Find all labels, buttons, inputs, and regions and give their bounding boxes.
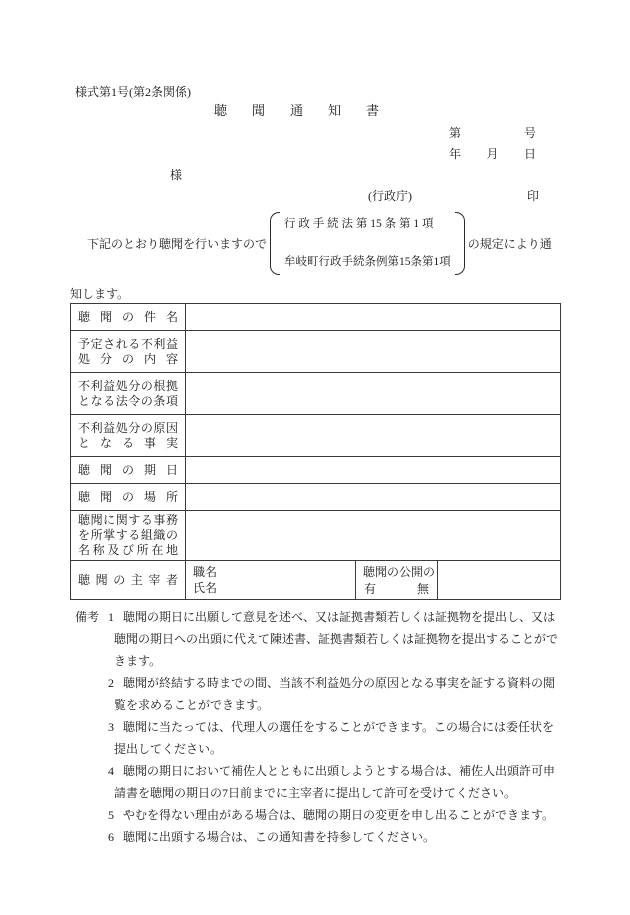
note-number: 3 bbox=[108, 720, 123, 734]
note-number: 2 bbox=[108, 676, 123, 690]
left-bracket-icon bbox=[270, 212, 280, 275]
table-row: 聴 聞 の 期 日 bbox=[71, 457, 561, 484]
hearing-publicity-cell: 聴聞の公開の 有 無 bbox=[356, 561, 438, 600]
row-label-legal-basis: 不利益処分の根拠 となる法令の条項 bbox=[71, 373, 186, 415]
publicity-option-yes: 有 bbox=[364, 580, 376, 597]
publicity-option-no: 無 bbox=[417, 580, 429, 597]
note-item-4: 4聴聞の期日において補佐人とともに出頭しようとする場合は、補佐人出頭許可申請書を… bbox=[108, 760, 562, 804]
date-month-label: 月 bbox=[486, 145, 498, 162]
row-label-cause-facts: 不利益処分の原因 と な る 事 実 bbox=[71, 415, 186, 457]
hearing-details-table: 聴 聞 の 件 名 予定される不利益 処 分 の 内 容 不利益処分の根拠 とな… bbox=[70, 303, 561, 600]
row-value-hearing-place bbox=[186, 484, 561, 511]
note-item-6: 6聴聞に出頭する場合は、この通知書を持参してください。 bbox=[108, 826, 562, 848]
form-number: 様式第1号(第2条関係) bbox=[75, 83, 191, 100]
table-row: 聴 聞 の 主 宰 者 職名 氏名 聴聞の公開の 有 無 bbox=[71, 561, 561, 600]
row-label-case-name: 聴 聞 の 件 名 bbox=[71, 304, 186, 331]
row-value-office-in-charge bbox=[186, 511, 561, 561]
note-item-5: 5やむを得ない理由がある場合は、聴聞の期日の変更を申し出ることができます。 bbox=[108, 804, 562, 826]
note-number: 4 bbox=[108, 764, 123, 778]
intro-text-before: 下記のとおり聴聞を行いますので bbox=[70, 235, 267, 252]
publicity-label: 聴聞の公開の bbox=[363, 563, 430, 580]
note-text: やむを得ない理由がある場合は、聴聞の期日の変更を申し出ることができます。 bbox=[123, 808, 554, 822]
doc-number-suffix: 号 bbox=[524, 124, 536, 141]
law-reference-lines: 行 政 手 続 法 第 15 条 第 1 項 牟岐町行政手続条例第15条第1項 bbox=[280, 212, 455, 275]
notes-label: 備考 bbox=[75, 606, 101, 848]
law-line-1: 行 政 手 続 法 第 15 条 第 1 項 bbox=[284, 218, 434, 230]
seal-mark: 印 bbox=[527, 187, 539, 204]
table-row: 聴 聞 の 場 所 bbox=[71, 484, 561, 511]
row-value-planned-disposition bbox=[186, 331, 561, 373]
note-text: 聴聞の期日において補佐人とともに出頭しようとする場合は、補佐人出頭許可申請書を聴… bbox=[114, 764, 555, 800]
row-value-cause-facts bbox=[186, 415, 561, 457]
row-label-hearing-place: 聴 聞 の 場 所 bbox=[71, 484, 186, 511]
table-row: 不利益処分の根拠 となる法令の条項 bbox=[71, 373, 561, 415]
table-row: 聴聞に関する事務 を所掌する組織の 名称及び所在地 bbox=[71, 511, 561, 561]
note-text: 聴聞に当たっては、代理人の選任をすることができます。この場合には委任状を提出して… bbox=[114, 720, 554, 756]
right-bracket-icon bbox=[455, 212, 465, 275]
row-value-case-name bbox=[186, 304, 561, 331]
issuer-label: (行政庁) bbox=[368, 187, 412, 204]
row-label-planned-disposition: 予定される不利益 処 分 の 内 容 bbox=[71, 331, 186, 373]
intro-text-line2: 知します。 bbox=[70, 285, 564, 302]
row-value-hearing-date bbox=[186, 457, 561, 484]
notes-section: 備考 1聴聞の期日に出願して意見を述べ、又は証拠書類若しくは証拠物を提出し、又は… bbox=[75, 606, 562, 848]
page-title: 聴聞通知書 bbox=[214, 100, 404, 119]
row-label-presiding-officer: 聴 聞 の 主 宰 者 bbox=[71, 561, 186, 600]
law-reference-bracket: 行 政 手 続 法 第 15 条 第 1 項 牟岐町行政手続条例第15条第1項 bbox=[270, 212, 465, 275]
note-item-1: 1聴聞の期日に出願して意見を述べ、又は証拠書類若しくは証拠物を提出し、又は聴聞の… bbox=[108, 606, 562, 672]
table-row: 不利益処分の原因 と な る 事 実 bbox=[71, 415, 561, 457]
note-number: 1 bbox=[108, 610, 123, 624]
publicity-value-cell bbox=[438, 561, 561, 600]
date-day-label: 日 bbox=[524, 145, 536, 162]
date-line: 年 月 日 bbox=[449, 145, 536, 162]
note-text: 聴聞の期日に出願して意見を述べ、又は証拠書類若しくは証拠物を提出し、又は聴聞の期… bbox=[114, 610, 558, 668]
table-row: 予定される不利益 処 分 の 内 容 bbox=[71, 331, 561, 373]
doc-number-prefix: 第 bbox=[449, 124, 461, 141]
note-item-2: 2聴聞が終結する時までの間、当該不利益処分の原因となる事実を証する資料の閲覧を求… bbox=[108, 672, 562, 716]
note-number: 5 bbox=[108, 808, 123, 822]
notes-list: 1聴聞の期日に出願して意見を述べ、又は証拠書類若しくは証拠物を提出し、又は聴聞の… bbox=[108, 606, 562, 848]
law-line-2: 牟岐町行政手続条例第15条第1項 bbox=[284, 256, 451, 268]
intro-paragraph: 下記のとおり聴聞を行いますので 行 政 手 続 法 第 15 条 第 1 項 牟… bbox=[70, 212, 564, 302]
document-number-line: 第 号 bbox=[449, 124, 536, 141]
note-text: 聴聞が終結する時までの間、当該不利益処分の原因となる事実を証する資料の閲覧を求め… bbox=[114, 676, 555, 712]
row-label-hearing-date: 聴 聞 の 期 日 bbox=[71, 457, 186, 484]
note-text: 聴聞に出頭する場合は、この通知書を持参してください。 bbox=[123, 830, 435, 844]
addressee-suffix: 様 bbox=[170, 166, 182, 183]
note-item-3: 3聴聞に当たっては、代理人の選任をすることができます。この場合には委任状を提出し… bbox=[108, 716, 562, 760]
note-number: 6 bbox=[108, 830, 123, 844]
row-label-office-in-charge: 聴聞に関する事務 を所掌する組織の 名称及び所在地 bbox=[71, 511, 186, 561]
presiding-officer-title-name-cell: 職名 氏名 bbox=[186, 561, 356, 600]
hearing-notice-document: 様式第1号(第2条関係) 聴聞通知書 第 号 年 月 日 様 (行政庁) 印 下… bbox=[0, 0, 630, 915]
intro-text-after: の規定により通 bbox=[468, 235, 552, 252]
row-value-legal-basis bbox=[186, 373, 561, 415]
table-row: 聴 聞 の 件 名 bbox=[71, 304, 561, 331]
date-year-label: 年 bbox=[449, 145, 461, 162]
